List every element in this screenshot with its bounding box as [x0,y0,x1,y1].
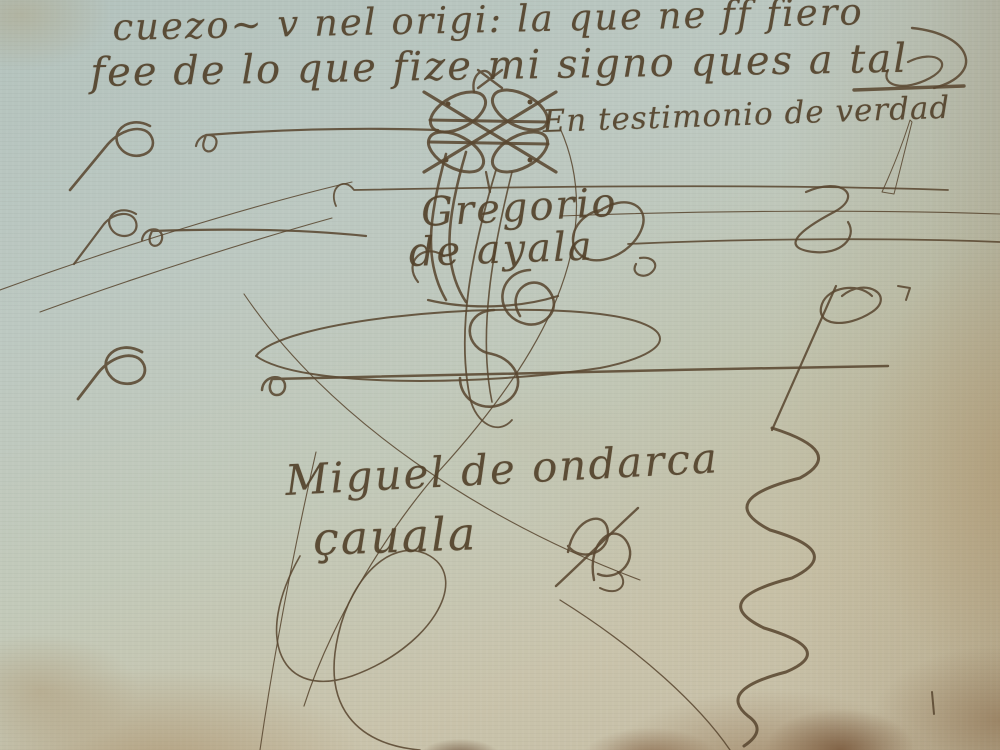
manuscript-page: cuezo~ v nel origi: la que ne ff fiero f… [0,0,1000,750]
paraph-left-3 [78,348,888,399]
paraph-left-1 [70,122,438,190]
signature-gregorio-line-2: de ayala [408,224,594,276]
serpentine-flourish [738,286,881,746]
signature-miguel-line-2: çauala [312,506,478,566]
paraph-left-2 [0,182,366,312]
cauala-rubric [556,508,638,591]
